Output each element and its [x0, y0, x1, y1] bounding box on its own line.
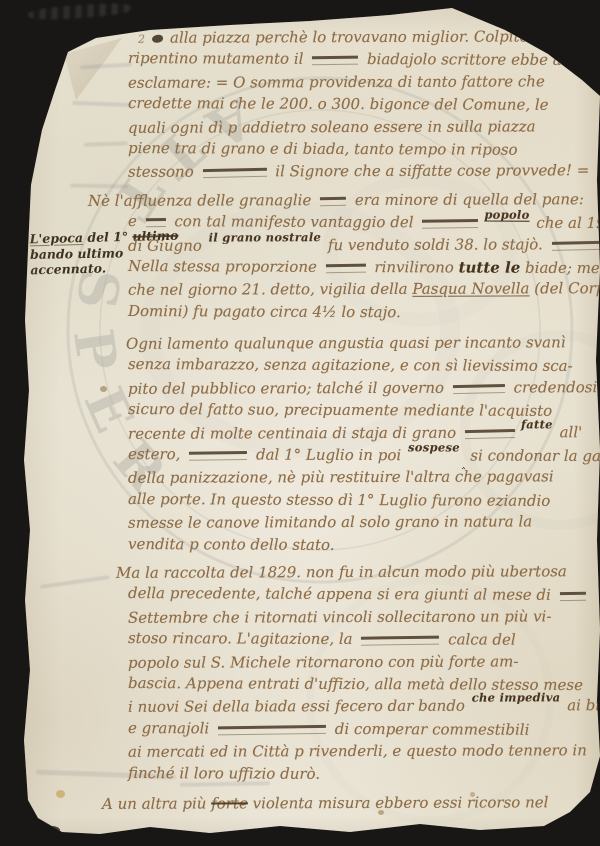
text-segment: della panizzazione, nè più restituire l'…	[128, 468, 554, 487]
text-segment: e	[128, 212, 142, 230]
text-line: L'epoca del 1° ultimo	[30, 229, 140, 247]
text-segment: il Signore che a siffatte cose provvede!…	[270, 162, 589, 181]
text-line: smesse le canove limitando al solo grano…	[128, 510, 590, 534]
text-line: credette mai che le 200. o 300. bigonce …	[128, 92, 590, 116]
segment-insu: popolo	[484, 208, 529, 222]
text-segment: credette mai che le 200. o 300. bigonce …	[128, 94, 549, 114]
text-segment: biadajolo scrittore ebbe a	[362, 50, 562, 69]
text-segment: ai biadajoli	[562, 696, 600, 714]
paragraph: 2alla piazza perchè lo trovavano miglior…	[128, 26, 590, 183]
segment-blot	[152, 35, 163, 43]
text-segment: alle porte. In questo stesso dì 1° Lugli…	[128, 490, 550, 510]
text-segment: bando ultimo	[30, 245, 124, 262]
segment-u: L'epoca	[30, 230, 84, 246]
text-line: estero, dal 1° Luglio in poi sospese‸ si…	[128, 443, 590, 467]
segment-pale: 2	[138, 33, 145, 46]
text-line: vendita p conto dello stato.	[128, 533, 590, 557]
segment-xrule	[189, 451, 247, 461]
segment-xrule	[320, 196, 346, 206]
text-segment: Nè l'affluenza delle granaglie	[88, 191, 316, 210]
text-segment: esclamare: = O somma providenza di tanto…	[128, 72, 545, 91]
text-line: stessono il Signore che a siffatte cose …	[128, 160, 590, 184]
margin-note: L'epoca del 1° ultimobando ultimoaccenna…	[30, 229, 141, 278]
text-segment: pito del pubblico erario; talché il gove…	[128, 379, 449, 398]
manuscript-page: ATT SPER L'epoca del 1° ultimobando ulti…	[0, 0, 600, 846]
text-segment: estero,	[128, 445, 185, 463]
segment-dark: tutte le	[459, 258, 521, 276]
text-segment: all'	[555, 423, 583, 441]
segment-xrule	[146, 218, 166, 227]
stain	[100, 386, 107, 392]
scanned-page-background: ATT SPER L'epoca del 1° ultimobando ulti…	[0, 0, 600, 846]
segment-ins: sospese	[408, 440, 460, 454]
text-line: quali ogni dì p addietro soleano essere …	[128, 115, 590, 139]
bleed-mark	[84, 141, 128, 147]
text-segment: stessono	[128, 163, 199, 181]
text-line: Domini) fu pagato circa 4½ lo stajo.	[128, 300, 590, 324]
text-segment: Settembre che i ritornati vincoli sollec…	[128, 607, 551, 626]
text-segment: biade; meno il miglio	[520, 259, 600, 278]
text-segment: credendosi	[509, 378, 598, 396]
chalk-mark	[28, 1, 133, 21]
segment-ins: fatte	[521, 417, 553, 431]
segment-xrule	[218, 724, 326, 734]
text-segment: accennato.	[30, 260, 106, 277]
segment-xrule	[202, 168, 266, 178]
segment-strike: forte	[211, 794, 248, 812]
text-segment: Ma la raccolta del 1829. non fu in alcun…	[116, 562, 567, 582]
text-line: i nuovi Sei della biada essi fecero dar …	[128, 695, 590, 719]
segment-xrule	[326, 263, 366, 273]
text-segment: A un altra più	[102, 794, 211, 812]
paragraph: A un altra più forte violenta misura ebb…	[128, 792, 590, 814]
text-line: e con tal manifesto vantaggio del popolo…	[128, 210, 590, 234]
text-segment: del 1°	[83, 229, 133, 245]
text-segment: stoso rincaro. L'agitazione, la	[128, 629, 357, 648]
text-segment: era minore di quella del pane:	[350, 190, 584, 209]
text-line: Nella stessa proporzione rinvilirono tut…	[128, 255, 590, 279]
text-line: recente di molte centinaia di staja di g…	[128, 421, 590, 445]
text-segment: di comperar commestibili	[330, 720, 529, 739]
bleed-mark	[72, 101, 132, 107]
stain	[44, 826, 60, 834]
text-segment: (del Corpus	[529, 279, 600, 297]
text-line: della panizzazione, nè più restituire l'…	[128, 466, 590, 490]
text-line: piene tra di grano e di biada, tanto tem…	[128, 137, 590, 161]
text-segment: che nel giorno 21. detto, vigilia della	[128, 280, 412, 299]
text-segment: Nella stessa proporzione	[128, 257, 322, 276]
segment-xrule	[422, 219, 478, 229]
segment-xrule	[560, 592, 586, 601]
text-segment: finché il loro uffizio durò.	[128, 763, 320, 782]
text-line: A un altra più forte violenta misura ebb…	[102, 791, 590, 815]
segment-xrule	[361, 635, 439, 645]
text-segment: Domini) fu pagato circa 4½ lo stajo.	[128, 302, 401, 321]
paragraph: Ma la raccolta del 1829. non fu in alcun…	[128, 561, 590, 785]
text-segment: alla piazza perchè lo trovavano miglior.…	[170, 27, 569, 46]
text-line: di Giugno il grano nostrale fu venduto s…	[128, 233, 590, 257]
text-segment: fu venduto soldi 38. lo stajò.	[323, 235, 547, 254]
text-segment: della precedente, talché appena si era g…	[128, 584, 556, 604]
text-line: della precedente, talché appena si era g…	[128, 582, 590, 606]
text-segment: che al 19.	[532, 214, 600, 232]
stain	[56, 790, 65, 798]
text-line: senza imbarazzo, senza agitazione, e con…	[128, 353, 590, 377]
text-line: pito del pubblico erario; talché il gove…	[128, 376, 590, 400]
text-line: ripentino mutamento il biadajolo scritto…	[128, 47, 590, 71]
paragraph: Nè l'affluenza delle granaglie era minor…	[128, 189, 590, 323]
text-line: finché il loro uffizio durò.	[128, 761, 590, 785]
text-segment: senza imbarazzo, senza agitazione, e con…	[128, 355, 573, 375]
segment-ins: che impediva	[472, 691, 561, 705]
text-line: stoso rincaro. L'agitazione, la calca de…	[128, 627, 590, 651]
text-line: popolo sul S. Michele ritornarono con pi…	[128, 650, 590, 674]
segment-xrule	[453, 383, 505, 393]
text-segment: e granajoli	[128, 719, 214, 737]
text-segment: vendita p conto dello stato.	[128, 535, 335, 554]
text-line: e granajoli di comperar commestibili	[128, 717, 590, 741]
manuscript-body: 2alla piazza perchè lo trovavano miglior…	[128, 26, 590, 814]
bleed-mark	[70, 183, 128, 188]
text-segment: Ogni lamento qualunque angustia quasi pe…	[126, 333, 566, 353]
text-line: esclamare: = O somma providenza di tanto…	[128, 70, 590, 94]
text-line: accennato.	[30, 260, 140, 278]
segment-xrule	[465, 428, 515, 438]
text-line: ai mercati ed in Città p rivenderli, e q…	[128, 739, 590, 763]
segment-u: Pasqua Novella	[412, 280, 529, 298]
text-line: Ma la raccolta del 1829. non fu in alcun…	[116, 560, 590, 584]
text-segment: con tal manifesto vantaggio del	[170, 212, 419, 231]
text-segment: sicuro del fatto suo, precipuamente medi…	[128, 400, 552, 420]
text-segment: ai mercati ed in Città p rivenderli, e q…	[128, 741, 587, 761]
text-segment: dal 1° Luglio in poi	[251, 446, 406, 465]
text-segment: rinvilirono	[370, 258, 459, 276]
paragraph: Ogni lamento qualunque angustia quasi pe…	[128, 332, 590, 556]
text-segment: i nuovi Sei della biada essi fecero dar …	[128, 697, 470, 716]
segment-xrule	[312, 55, 358, 65]
text-line: che nel giorno 21. detto, vigilia della …	[128, 277, 590, 301]
bleed-mark	[40, 575, 110, 589]
text-segment: piene tra di grano e di biada, tanto tem…	[128, 139, 518, 159]
text-line: Ogni lamento qualunque angustia quasi pe…	[126, 331, 590, 355]
text-segment: popolo sul S. Michele ritornarono con pi…	[128, 652, 518, 671]
text-segment: ripentino mutamento il	[128, 49, 308, 68]
text-segment: smesse le canove limitando al solo grano…	[128, 513, 532, 532]
segment-xrule	[551, 240, 600, 250]
text-segment: di Giugno	[128, 236, 207, 254]
text-segment: si condonar la gabella	[466, 446, 600, 465]
text-segment: calca del	[443, 631, 515, 649]
segment-ins: il grano nostrale	[209, 230, 322, 244]
text-line: alle porte. In questo stesso dì 1° Lugli…	[128, 488, 590, 512]
text-segment: quali ogni dì p addietro soleano essere …	[128, 117, 536, 136]
text-line: Settembre che i ritornati vincoli sollec…	[128, 605, 590, 629]
text-line: 2alla piazza perchè lo trovavano miglior…	[138, 25, 590, 49]
text-segment: violenta misura ebbero essi ricorso nel	[248, 793, 549, 812]
worn-corner	[56, 34, 130, 104]
